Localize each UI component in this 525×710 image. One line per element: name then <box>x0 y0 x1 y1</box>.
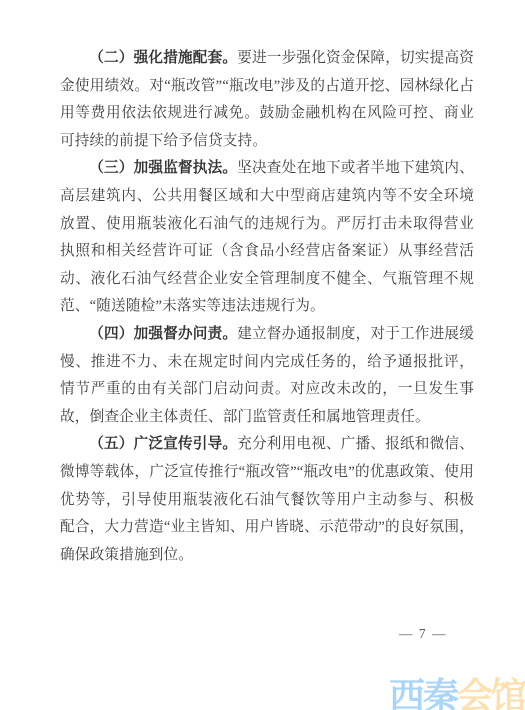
paragraph-3-text: 坚决查处在地下或者半地下建筑内、高层建筑内、公共用餐区域和大中型商店建筑内等不安… <box>60 160 474 314</box>
paragraph-3: （三）加强监督执法。坚决查处在地下或者半地下建筑内、高层建筑内、公共用餐区域和大… <box>60 155 474 321</box>
page-number: — 7 — <box>399 625 447 643</box>
paragraph-5-text: 充分利用电视、广播、报纸和微信、微博等载体，广泛宣传推行“瓶改管”“瓶改电”的优… <box>60 436 474 562</box>
watermark: 西秦会馆 <box>389 678 525 710</box>
paragraph-2: （二）强化措施配套。要进一步强化资金保障，切实提高资金使用绩效。对“瓶改管”“瓶… <box>60 45 474 155</box>
paragraph-4-lead: （四）加强督办问责。 <box>89 326 237 342</box>
paragraph-2-lead: （二）强化措施配套。 <box>89 50 237 66</box>
paragraph-3-lead: （三）加强监督执法。 <box>89 160 237 176</box>
document-page: （二）强化措施配套。要进一步强化资金保障，切实提高资金使用绩效。对“瓶改管”“瓶… <box>0 0 525 710</box>
paragraph-4: （四）加强督办问责。建立督办通报制度，对于工作进展缓慢、推进不力、未在规定时间内… <box>60 321 474 431</box>
document-body: （二）强化措施配套。要进一步强化资金保障，切实提高资金使用绩效。对“瓶改管”“瓶… <box>60 45 474 569</box>
paragraph-5: （五）广泛宣传引导。充分利用电视、广播、报纸和微信、微博等载体，广泛宣传推行“瓶… <box>60 431 474 569</box>
watermark-part1: 西秦 <box>389 675 457 710</box>
watermark-part2: 会馆 <box>457 675 525 710</box>
paragraph-5-lead: （五）广泛宣传引导。 <box>89 436 237 452</box>
